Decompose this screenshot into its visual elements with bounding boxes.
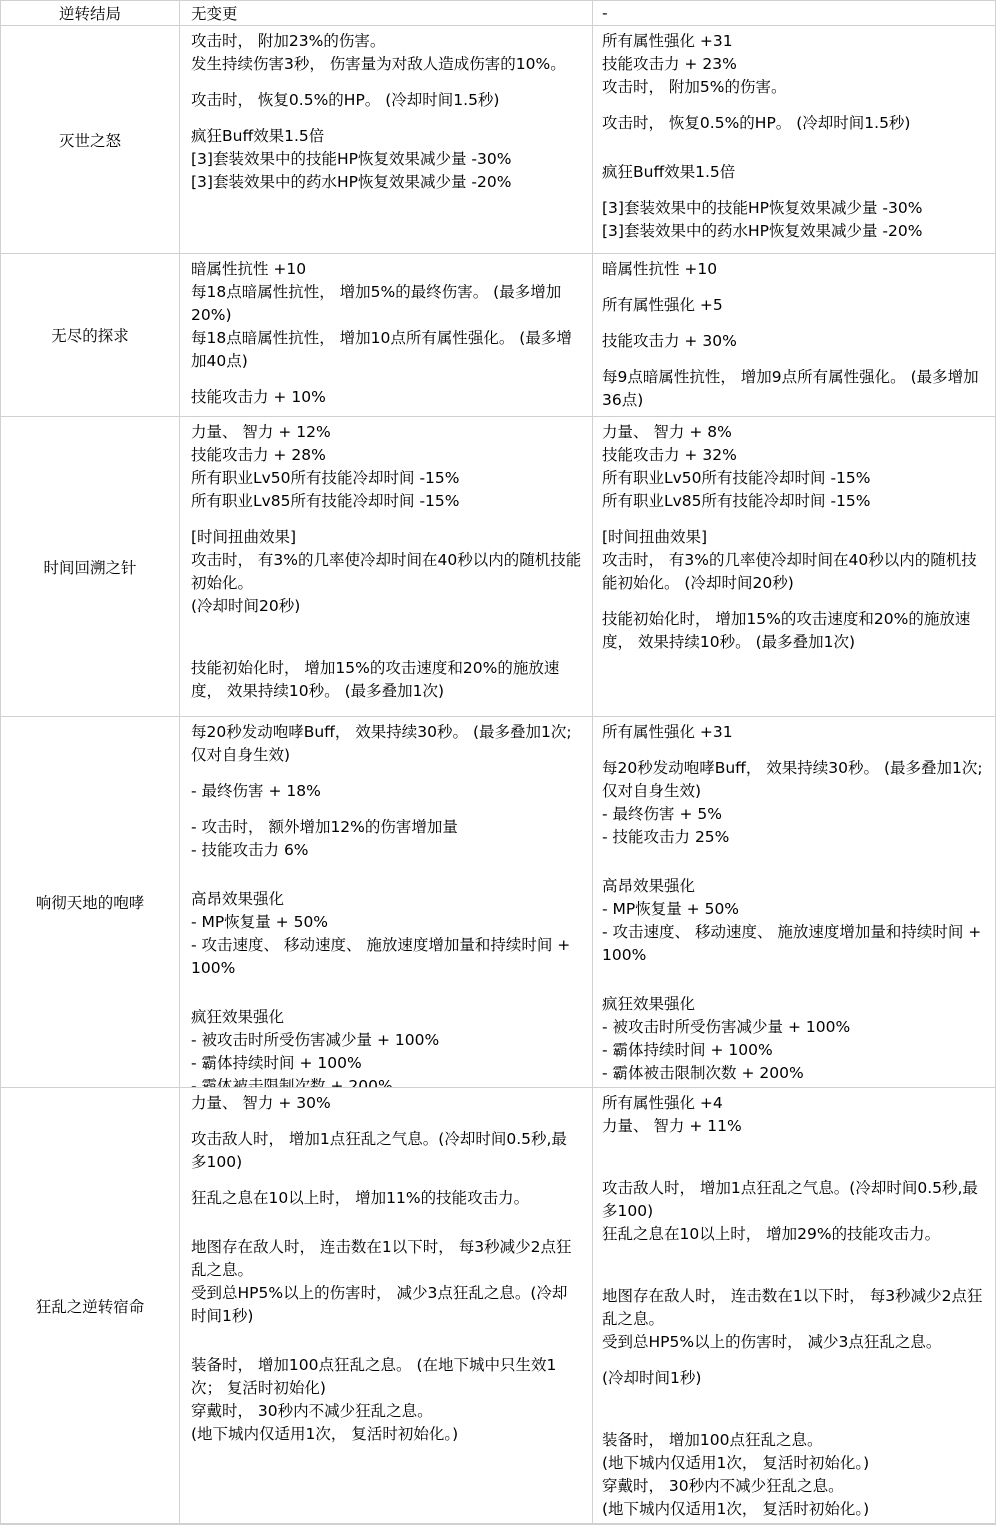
effect-line: 狂乱之息在10以上时， 增加29%的技能攻击力。 bbox=[602, 1223, 985, 1246]
table-row: 灭世之怒 攻击时， 附加23%的伤害。发生持续伤害3秒， 伤害量为对敌人造成伤害… bbox=[1, 26, 995, 254]
effect-line: - 最终伤害 + 5% bbox=[602, 803, 985, 826]
item-name-cell: 响彻天地的咆哮 bbox=[1, 717, 180, 1087]
blank-line bbox=[191, 1174, 582, 1187]
effect-line: 技能攻击力 + 23% bbox=[602, 53, 985, 76]
effect-line: (冷却时间20秒) bbox=[191, 595, 582, 618]
after-effects-cell: 所有属性强化 +4力量、 智力 + 11%攻击敌人时， 增加1点狂乱之气息。(冷… bbox=[593, 1088, 995, 1523]
table-header-row: 逆转结局 无变更 - bbox=[1, 1, 995, 26]
effect-line: [3]套装效果中的药水HP恢复效果减少量 -20% bbox=[602, 220, 985, 243]
header-set-name: 逆转结局 bbox=[1, 1, 180, 25]
effect-line: - 技能攻击力 6% bbox=[191, 839, 582, 862]
effect-line: 受到总HP5%以上的伤害时， 减少3点狂乱之息。(冷却时间1秒) bbox=[191, 1282, 582, 1328]
table-row: 时间回溯之针 力量、 智力 + 12%技能攻击力 + 28%所有职业Lv50所有… bbox=[1, 417, 995, 717]
effect-line: (地下城内仅适用1次， 复活时初始化。) bbox=[602, 1498, 985, 1521]
blank-line bbox=[602, 353, 985, 366]
blank-line bbox=[602, 317, 985, 330]
effect-line: 地图存在敌人时， 连击数在1以下时， 每3秒减少2点狂乱之息。 bbox=[602, 1285, 985, 1331]
blank-line bbox=[602, 1138, 985, 1151]
blank-line bbox=[191, 76, 582, 89]
effect-line: 地图存在敌人时， 连击数在1以下时， 每3秒减少2点狂乱之息。 bbox=[191, 1236, 582, 1282]
after-effects-cell: 所有属性强化 +31每20秒发动咆哮Buff， 效果持续30秒。 (最多叠加1次… bbox=[593, 717, 995, 1087]
blank-line bbox=[191, 862, 582, 875]
effect-line: 攻击时， 恢复0.5%的HP。 (冷却时间1.5秒) bbox=[602, 112, 985, 135]
blank-line bbox=[602, 1259, 985, 1272]
effect-line: 所有职业Lv50所有技能冷却时间 -15% bbox=[191, 467, 582, 490]
effect-line: 每18点暗属性抗性， 增加5%的最终伤害。 (最多增加20%) bbox=[191, 281, 582, 327]
effect-line: 高昂效果强化 bbox=[602, 875, 985, 898]
effect-line: 攻击时， 恢复0.5%的HP。 (冷却时间1.5秒) bbox=[191, 89, 582, 112]
blank-line bbox=[191, 1115, 582, 1128]
effect-line: [3]套装效果中的技能HP恢复效果减少量 -30% bbox=[191, 148, 582, 171]
blank-line bbox=[602, 148, 985, 161]
blank-line bbox=[602, 967, 985, 980]
effect-line: 装备时， 增加100点狂乱之息。 bbox=[602, 1429, 985, 1452]
blank-line bbox=[602, 281, 985, 294]
blank-line bbox=[191, 803, 582, 816]
effect-line: 攻击敌人时， 增加1点狂乱之气息。(冷却时间0.5秒,最多100) bbox=[191, 1128, 582, 1174]
blank-line bbox=[191, 618, 582, 631]
effect-line: 力量、 智力 + 30% bbox=[191, 1092, 582, 1115]
effect-line: 技能攻击力 + 28% bbox=[191, 444, 582, 467]
blank-line bbox=[602, 849, 985, 862]
table-row: 无尽的探求 暗属性抗性 +10每18点暗属性抗性， 增加5%的最终伤害。 (最多… bbox=[1, 254, 995, 417]
blank-line bbox=[191, 373, 582, 386]
blank-line bbox=[191, 1328, 582, 1341]
effect-line: 攻击时， 附加23%的伤害。 bbox=[191, 30, 582, 53]
item-name-cell: 时间回溯之针 bbox=[1, 417, 180, 716]
blank-line bbox=[602, 99, 985, 112]
before-effects-cell: 力量、 智力 + 12%技能攻击力 + 28%所有职业Lv50所有技能冷却时间 … bbox=[180, 417, 593, 716]
effect-line: 技能初始化时， 增加15%的攻击速度和20%的施放速度， 效果持续10秒。 (最… bbox=[191, 657, 582, 703]
effect-line: - 攻击速度、 移动速度、 施放速度增加量和持续时间 + 100% bbox=[191, 934, 582, 980]
effect-line: 力量、 智力 + 11% bbox=[602, 1115, 985, 1138]
effect-line: [时间扭曲效果] bbox=[191, 526, 582, 549]
effect-line: 每9点暗属性抗性， 增加9点所有属性强化。 (最多增加36点) bbox=[602, 366, 985, 412]
table-row: 响彻天地的咆哮 每20秒发动咆哮Buff， 效果持续30秒。 (最多叠加1次; … bbox=[1, 717, 995, 1088]
blank-line bbox=[191, 1223, 582, 1236]
effect-line: 狂乱之息在10以上时， 增加11%的技能攻击力。 bbox=[191, 1187, 582, 1210]
blank-line bbox=[191, 1341, 582, 1354]
after-effects-cell: 力量、 智力 + 8%技能攻击力 + 32%所有职业Lv50所有技能冷却时间 -… bbox=[593, 417, 995, 716]
blank-line bbox=[602, 1246, 985, 1259]
item-name-cell: 狂乱之逆转宿命 bbox=[1, 1088, 180, 1523]
effects-comparison-table: 逆转结局 无变更 - 灭世之怒 攻击时， 附加23%的伤害。发生持续伤害3秒， … bbox=[0, 0, 996, 1525]
effect-line: - MP恢复量 + 50% bbox=[602, 898, 985, 921]
effect-line: 力量、 智力 + 12% bbox=[191, 421, 582, 444]
effect-line: [时间扭曲效果] bbox=[602, 526, 985, 549]
blank-line bbox=[602, 1403, 985, 1416]
effect-line: (冷却时间1秒) bbox=[602, 1367, 985, 1390]
effect-line: 发生持续伤害3秒， 伤害量为对敌人造成伤害的10%。 bbox=[191, 53, 582, 76]
blank-line bbox=[602, 1390, 985, 1403]
effect-line: 每20秒发动咆哮Buff， 效果持续30秒。 (最多叠加1次; 仅对自身生效) bbox=[602, 757, 985, 803]
effect-line: 每18点暗属性抗性， 增加10点所有属性强化。 (最多增加40点) bbox=[191, 327, 582, 373]
effect-line: 每20秒发动咆哮Buff， 效果持续30秒。 (最多叠加1次; 仅对自身生效) bbox=[191, 721, 582, 767]
effect-line: - 被攻击时所受伤害减少量 + 100% bbox=[191, 1029, 582, 1052]
effect-line: 疯狂效果强化 bbox=[191, 1006, 582, 1029]
effect-line: 所有职业Lv85所有技能冷却时间 -15% bbox=[191, 490, 582, 513]
blank-line bbox=[191, 993, 582, 1006]
effect-line: 攻击敌人时， 增加1点狂乱之气息。(冷却时间0.5秒,最多100) bbox=[602, 1177, 985, 1223]
before-effects-cell: 暗属性抗性 +10每18点暗属性抗性， 增加5%的最终伤害。 (最多增加20%)… bbox=[180, 254, 593, 416]
effect-line: 所有属性强化 +31 bbox=[602, 721, 985, 744]
effect-line: 攻击时， 附加5%的伤害。 bbox=[602, 76, 985, 99]
effect-line: (地下城内仅适用1次， 复活时初始化。) bbox=[191, 1423, 582, 1446]
blank-line bbox=[602, 1272, 985, 1285]
effect-line: 所有属性强化 +31 bbox=[602, 30, 985, 53]
blank-line bbox=[602, 980, 985, 993]
blank-line bbox=[191, 513, 582, 526]
blank-line bbox=[191, 112, 582, 125]
effect-line: 受到总HP5%以上的伤害时， 减少3点狂乱之息。 bbox=[602, 1331, 985, 1354]
item-name-cell: 灭世之怒 bbox=[1, 26, 180, 253]
blank-line bbox=[602, 595, 985, 608]
effect-line: 技能攻击力 + 32% bbox=[602, 444, 985, 467]
effect-line: 攻击时， 有3%的几率使冷却时间在40秒以内的随机技能初始化。 (冷却时间20秒… bbox=[602, 549, 985, 595]
effect-line: [3]套装效果中的技能HP恢复效果减少量 -30% bbox=[602, 197, 985, 220]
effect-line: 暗属性抗性 +10 bbox=[191, 258, 582, 281]
after-effects-cell: 暗属性抗性 +10所有属性强化 +5技能攻击力 + 30%每9点暗属性抗性， 增… bbox=[593, 254, 995, 416]
before-effects-cell: 攻击时， 附加23%的伤害。发生持续伤害3秒， 伤害量为对敌人造成伤害的10%。… bbox=[180, 26, 593, 253]
effect-line: - 霸体持续时间 + 100% bbox=[191, 1052, 582, 1075]
effect-line: 技能初始化时， 增加15%的攻击速度和20%的施放速度， 效果持续10秒。 (最… bbox=[602, 608, 985, 654]
effect-line: 穿戴时， 30秒内不减少狂乱之息。 bbox=[602, 1475, 985, 1498]
effect-line: - 霸体被击限制次数 + 200% bbox=[602, 1062, 985, 1085]
effect-line: - 技能攻击力 25% bbox=[602, 826, 985, 849]
effect-line: 疯狂Buff效果1.5倍 bbox=[602, 161, 985, 184]
header-after-label: - bbox=[593, 1, 995, 25]
effect-line: 穿戴时， 30秒内不减少狂乱之息。 bbox=[191, 1400, 582, 1423]
blank-line bbox=[602, 1354, 985, 1367]
blank-line bbox=[602, 135, 985, 148]
table-row: 狂乱之逆转宿命 力量、 智力 + 30%攻击敌人时， 增加1点狂乱之气息。(冷却… bbox=[1, 1088, 995, 1523]
effect-line: - 最终伤害 + 18% bbox=[191, 780, 582, 803]
effect-line: 所有属性强化 +4 bbox=[602, 1092, 985, 1115]
effect-line: - 攻击速度、 移动速度、 施放速度增加量和持续时间 + 100% bbox=[602, 921, 985, 967]
effect-line: - MP恢复量 + 50% bbox=[191, 911, 582, 934]
effect-line: 所有属性强化 +5 bbox=[602, 294, 985, 317]
effect-line: 所有职业Lv85所有技能冷却时间 -15% bbox=[602, 490, 985, 513]
effect-line: 力量、 智力 + 8% bbox=[602, 421, 985, 444]
effect-line: - 霸体被击限制次数 + 200% bbox=[191, 1075, 582, 1087]
blank-line bbox=[191, 631, 582, 644]
blank-line bbox=[602, 862, 985, 875]
header-before-label: 无变更 bbox=[180, 1, 593, 25]
blank-line bbox=[602, 744, 985, 757]
blank-line bbox=[602, 1151, 985, 1164]
effect-line: [3]套装效果中的药水HP恢复效果减少量 -20% bbox=[191, 171, 582, 194]
before-effects-cell: 力量、 智力 + 30%攻击敌人时， 增加1点狂乱之气息。(冷却时间0.5秒,最… bbox=[180, 1088, 593, 1523]
blank-line bbox=[602, 1164, 985, 1177]
blank-line bbox=[191, 980, 582, 993]
effect-line: 疯狂效果强化 bbox=[602, 993, 985, 1016]
effect-line: 技能攻击力 + 10% bbox=[191, 386, 582, 409]
item-name-cell: 无尽的探求 bbox=[1, 254, 180, 416]
effect-line: 装备时， 增加100点狂乱之息。 (在地下城中只生效1次； 复活时初始化) bbox=[191, 1354, 582, 1400]
before-effects-cell: 每20秒发动咆哮Buff， 效果持续30秒。 (最多叠加1次; 仅对自身生效)-… bbox=[180, 717, 593, 1087]
effect-line: - 攻击时， 额外增加12%的伤害增加量 bbox=[191, 816, 582, 839]
blank-line bbox=[602, 513, 985, 526]
effect-line: (地下城内仅适用1次， 复活时初始化。) bbox=[602, 1452, 985, 1475]
effect-line: 所有职业Lv50所有技能冷却时间 -15% bbox=[602, 467, 985, 490]
blank-line bbox=[602, 184, 985, 197]
blank-line bbox=[191, 875, 582, 888]
effect-line: 疯狂Buff效果1.5倍 bbox=[191, 125, 582, 148]
effect-line: 高昂效果强化 bbox=[191, 888, 582, 911]
blank-line bbox=[191, 1210, 582, 1223]
after-effects-cell: 所有属性强化 +31技能攻击力 + 23%攻击时， 附加5%的伤害。攻击时， 恢… bbox=[593, 26, 995, 253]
blank-line bbox=[191, 767, 582, 780]
effect-line: 技能攻击力 + 30% bbox=[602, 330, 985, 353]
effect-line: 暗属性抗性 +10 bbox=[602, 258, 985, 281]
blank-line bbox=[191, 644, 582, 657]
blank-line bbox=[602, 1416, 985, 1429]
effect-line: 攻击时， 有3%的几率使冷却时间在40秒以内的随机技能初始化。 bbox=[191, 549, 582, 595]
effect-line: - 被攻击时所受伤害减少量 + 100% bbox=[602, 1016, 985, 1039]
effect-line: - 霸体持续时间 + 100% bbox=[602, 1039, 985, 1062]
